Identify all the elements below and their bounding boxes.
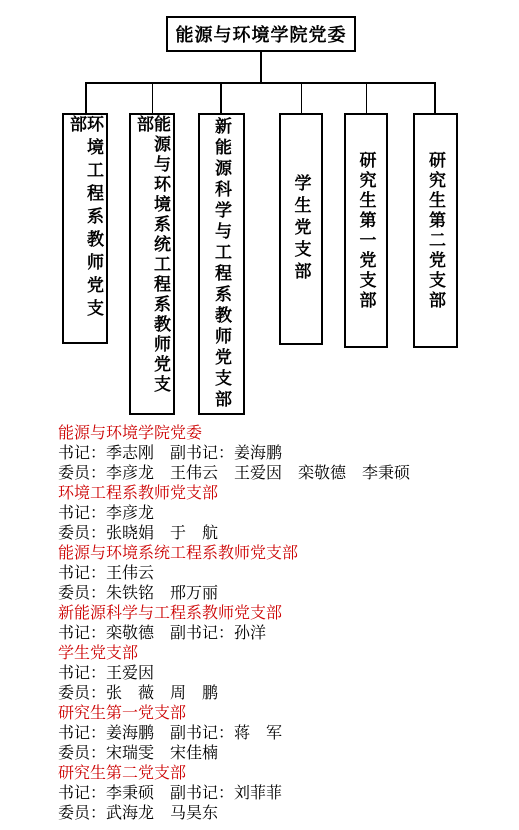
- connector-stem-branch-1: [85, 82, 87, 113]
- roster-section-graduate-second: 研究生第二党支部 书记：李秉硕 副书记：刘菲菲 委员：武海龙 马昊东: [58, 764, 515, 824]
- roster-section-college-committee: 能源与环境学院党委 书记：季志刚 副书记：姜海鹏 委员：李彦龙 王伟云 王爱因 …: [58, 424, 515, 484]
- roster-line: 委员：朱铁铭 邢万丽: [58, 584, 515, 604]
- roster-line: 书记：栾敬德 副书记：孙洋: [58, 624, 515, 644]
- branch-box-label: 新能源科学与工程系教师党支部: [213, 117, 230, 411]
- roster-section-title: 学生党支部: [58, 644, 515, 664]
- connector-stem-branch-4: [301, 82, 303, 113]
- roster-line: 委员：张晓娟 于 航: [58, 524, 515, 544]
- branch-box-label: 研究生第二党支部: [427, 151, 444, 311]
- branch-box-label: 研究生第一党支部: [358, 151, 375, 311]
- roster-line: 书记：姜海鹏 副书记：蒋 军: [58, 724, 515, 744]
- roster-section-title: 能源与环境学院党委: [58, 424, 515, 444]
- roster-section-title: 能源与环境系统工程系教师党支部: [58, 544, 515, 564]
- roster-line: 委员：张 薇 周 鹏: [58, 684, 515, 704]
- connector-root-stem: [260, 52, 262, 83]
- roster-section-title: 新能源科学与工程系教师党支部: [58, 604, 515, 624]
- branch-box-label: 学生党支部: [293, 174, 310, 284]
- org-chart-page: 能源与环境学院党委 环境工程系教师党支部 能源与环境系统工程系教师党支部 新能源…: [0, 0, 519, 830]
- roster-line: 书记：王爱因: [58, 664, 515, 684]
- connector-stem-branch-5: [366, 82, 368, 113]
- roster-section-energy-environment-systems: 能源与环境系统工程系教师党支部 书记：王伟云 委员：朱铁铭 邢万丽: [58, 544, 515, 604]
- branch-box-new-energy-science: 新能源科学与工程系教师党支部: [198, 113, 245, 415]
- roster-section-environmental-engineering: 环境工程系教师党支部 书记：李彦龙 委员：张晓娟 于 航: [58, 484, 515, 544]
- roster-line: 书记：李秉硕 副书记：刘菲菲: [58, 784, 515, 804]
- roster-section-graduate-first: 研究生第一党支部 书记：姜海鹏 副书记：蒋 军 委员：宋瑞雯 宋佳楠: [58, 704, 515, 764]
- connector-stem-branch-3: [220, 82, 222, 113]
- connector-horizontal-bar: [85, 82, 435, 84]
- branch-box-environmental-engineering: 环境工程系教师党支部: [62, 113, 108, 344]
- roster-section-title: 环境工程系教师党支部: [58, 484, 515, 504]
- connector-stem-branch-2: [152, 82, 154, 113]
- roster-line: 委员：宋瑞雯 宋佳楠: [58, 744, 515, 764]
- roster-line: 委员：武海龙 马昊东: [58, 804, 515, 824]
- connector-stem-branch-6: [434, 82, 436, 113]
- roster-line: 委员：李彦龙 王伟云 王爱因 栾敬德 李秉硕: [58, 464, 515, 484]
- roster: 能源与环境学院党委 书记：季志刚 副书记：姜海鹏 委员：李彦龙 王伟云 王爱因 …: [58, 424, 515, 824]
- branch-box-label: 能源与环境系统工程系教师党支部: [135, 115, 169, 413]
- branch-box-graduate-second: 研究生第二党支部: [413, 113, 458, 348]
- roster-section-title: 研究生第一党支部: [58, 704, 515, 724]
- roster-line: 书记：李彦龙: [58, 504, 515, 524]
- branch-box-energy-environment-systems: 能源与环境系统工程系教师党支部: [129, 113, 175, 415]
- roster-section-new-energy-science: 新能源科学与工程系教师党支部 书记：栾敬德 副书记：孙洋: [58, 604, 515, 644]
- branch-box-student: 学生党支部: [279, 113, 323, 345]
- roster-section-student: 学生党支部 书记：王爱因 委员：张 薇 周 鹏: [58, 644, 515, 704]
- branch-box-graduate-first: 研究生第一党支部: [344, 113, 388, 348]
- root-box-college-party-committee: 能源与环境学院党委: [166, 16, 356, 52]
- roster-section-title: 研究生第二党支部: [58, 764, 515, 784]
- root-box-label: 能源与环境学院党委: [176, 21, 347, 47]
- roster-line: 书记：季志刚 副书记：姜海鹏: [58, 444, 515, 464]
- branch-box-label: 环境工程系教师党支部: [68, 115, 102, 342]
- roster-line: 书记：王伟云: [58, 564, 515, 584]
